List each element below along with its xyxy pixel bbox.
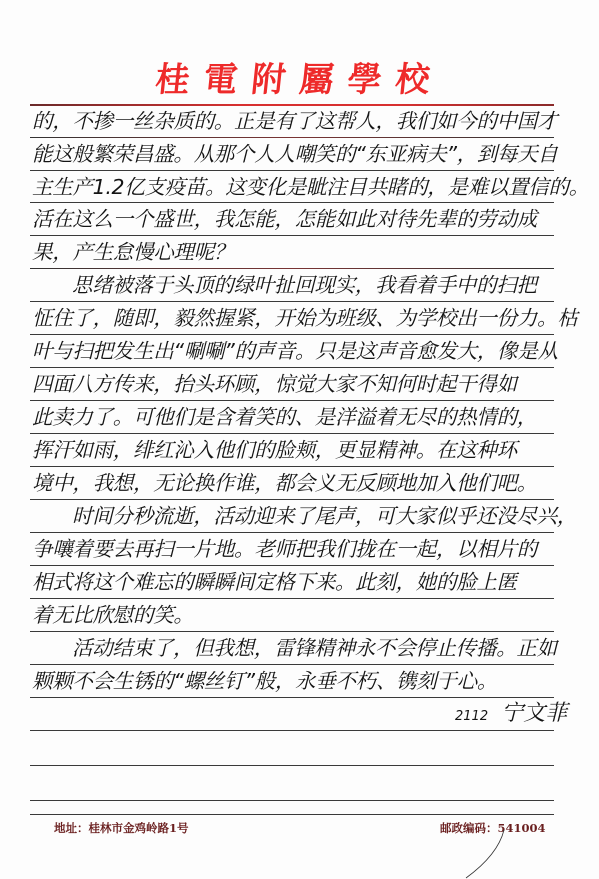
ruled-line: [30, 433, 554, 434]
school-letterhead-title: 桂電附屬學校: [0, 60, 599, 100]
ruled-line: [30, 814, 554, 815]
ruled-line: [30, 400, 554, 401]
ruled-line: [30, 202, 554, 203]
ruled-line: [30, 565, 554, 566]
essay-line: 活动结束了，但我想，雷锋精神永不会停止传播。正如: [32, 633, 556, 663]
essay-line: 的，不掺一丝杂质的。正是有了这帮人，我们如今的中国才: [32, 106, 556, 136]
ruled-line: [30, 664, 554, 665]
ruled-line: [30, 730, 554, 731]
signature-name: 宁文菲: [501, 701, 567, 726]
footer-address: 地址：桂林市金鸡岭路1号: [54, 820, 189, 836]
signature-class-code: 2112: [455, 709, 488, 724]
ruled-line: [30, 765, 554, 766]
ruled-line: [30, 367, 554, 368]
ruled-line: [30, 170, 554, 171]
ruled-line: [30, 800, 554, 801]
essay-line: 怔住了，随即，毅然握紧，开始为班级、为学校出一份力。枯: [32, 303, 556, 333]
essay-line: 境中，我想，无论换作谁，都会义无反顾地加入他们吧。: [32, 468, 556, 498]
signature: 2112 宁文菲: [455, 696, 567, 727]
ruled-line: [30, 598, 554, 599]
essay-line: 主生产1.2亿支疫苗。这变化是眦注目共睹的，是难以置信的。: [32, 172, 556, 202]
ruled-line: [30, 499, 554, 500]
ruled-line: [30, 235, 554, 236]
essay-line: 相式将这个难忘的瞬瞬间定格下来。此刻，她的脸上匿: [32, 567, 556, 597]
ruled-line: [30, 532, 554, 533]
essay-line: 思绪被落于头顶的绿叶扯回现实，我看着手中的扫把: [32, 270, 556, 300]
essay-line: 颗颗不会生锈的“螺丝钉”般，永垂不朽、镌刻于心。: [32, 666, 556, 696]
essay-line: 叶与扫把发生出“唰唰”的声音。只是这声音愈发大，像是从: [32, 336, 556, 366]
ruled-line: [30, 268, 554, 269]
ruled-line: [30, 466, 554, 467]
essay-line: 挥汗如雨，绯红沁入他们的脸颊，更显精神。在这种环: [32, 435, 556, 465]
essay-line: 时间分秒流逝，活动迎来了尾声，可大家似乎还没尽兴，: [32, 501, 556, 531]
ruled-line: [30, 631, 554, 632]
essay-line: 能这般繁荣昌盛。从那个人人嘲笑的“东亚病夫”，到每天自: [32, 139, 556, 169]
essay-line: 争嚷着要去再扫一片地。老师把我们拢在一起，以相片的: [32, 534, 556, 564]
essay-line: 活在这么一个盛世，我怎能，怎能如此对待先辈的劳动成: [32, 204, 556, 234]
letterhead-page: 桂電附屬學校 的，不掺一丝杂质的。正是有了这帮人，我们如今的中国才 能这般繁荣昌…: [0, 0, 599, 879]
ruled-line: [30, 334, 554, 335]
essay-line: 四面八方传来，抬头环顾，惊觉大家不知何时起干得如: [32, 369, 556, 399]
pen-stroke-mark: [460, 828, 510, 879]
essay-line: 果，产生怠慢心理呢？: [32, 237, 556, 267]
ruled-line: [30, 137, 554, 138]
essay-line: 此卖力了。可他们是含着笑的、是洋溢着无尽的热情的，: [32, 402, 556, 432]
essay-line: 着无比欣慰的笑。: [32, 600, 556, 630]
ruled-line: [30, 301, 554, 302]
